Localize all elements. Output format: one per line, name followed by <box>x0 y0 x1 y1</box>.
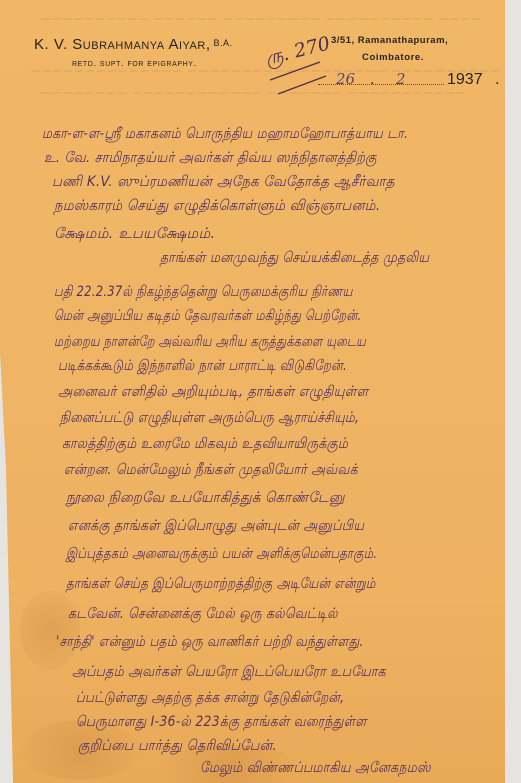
letter-line: பணி K.V. ஸுப்ரமணியன் அநேக வேதோக்த ஆசீர்வ… <box>52 174 395 192</box>
letterhead-degree: B.A. <box>213 38 232 48</box>
reference-underline-strokes <box>268 60 328 96</box>
letter-line: பதி 22.2.37ல் நிகழ்ந்ததென்று பெருமைக்குர… <box>54 284 353 302</box>
letter-line: காலத்திற்கும் உரைமே மிகவும் உதவியாயிருக்… <box>62 436 348 454</box>
letter-line: அப்பதம் அவர்கள் பெயரோ இடப்பெயரோ உபயோக <box>72 664 386 682</box>
letterhead-address-line1: 3/51, Ramanathapuram, <box>331 35 448 46</box>
letter-line: ப்பட்டுள்ளது அதற்கு தக்க சான்று தேடுகின்… <box>76 690 344 708</box>
letter-line: பெருமாளது I-36-ல் 223க்கு தாங்கள் வரைந்த… <box>76 714 367 732</box>
letter-line: மற்றைய நாளன்றே அவ்வரிய அரிய கருத்துக்களை… <box>54 334 366 352</box>
letter-line: மென் அனுப்பிய கடிதம் தேவரவர்கள் மகிழ்ந்த… <box>54 308 361 326</box>
letter-line: உ. வே. சாமிநாதய்யர் அவர்கள் திவ்ய ஸந்நித… <box>44 150 377 168</box>
letter-line: இப்புத்தகம் அனைவருக்கும் பயன் அளிக்குமென… <box>66 546 377 564</box>
letterhead-title: Retd. Supt. for Epigraphy. <box>72 58 197 69</box>
letter-line: அனைவர் எளிதில் அறியும்படி, தாங்கள் எழுதி… <box>58 384 368 402</box>
date-day: 26 <box>336 70 355 88</box>
letter-line: க்ஷேமம். உபயக்ஷேமம். <box>54 226 215 244</box>
letter-line: 'சாந்தி' என்னும் பதம் ஒரு வாணிகர் பற்றி … <box>56 634 364 652</box>
letter-line: எனக்கு தாங்கள் இப்பொழுது அன்புடன் அனுப்ப… <box>68 518 364 536</box>
letter-line: தாங்கள் மனமுவந்து செய்யக்கிடைத்த முதலிய <box>160 250 429 268</box>
date-month: 2 <box>396 70 406 88</box>
date-trailing-dot: . <box>495 72 499 88</box>
paper-stain <box>20 590 80 670</box>
letterhead-address-line2: Coimbatore. <box>362 52 424 63</box>
letter-line: என்றன. மென்மேலும் நீங்கள் முதலியோர் அவ்வ… <box>64 462 358 480</box>
letter-line: நூலை நிறைவே உபயோகித்துக் கொண்டேனு <box>66 490 345 508</box>
letter-line: குறிப்பை பார்த்து தெரிவிப்பேன். <box>78 738 277 756</box>
ink-bleed-through: ~~~~ ~~~~~~~~~~ ~~~~~~~~~ ~~~~~~ ~~~~~~~… <box>40 12 481 27</box>
letter-line: நினைப்பட்டு எழுதியுள்ள அரும்பெரு ஆராய்ச்… <box>60 410 359 428</box>
letter-line: கடவேன். சென்னைக்கு மேல் ஒரு கல்வெட்டில் <box>68 606 338 624</box>
letter-line: தாங்கள் செய்த இப்பெருமாற்றத்திற்கு அடியே… <box>66 576 376 594</box>
letter-line: நமஸ்காரம் செய்து எழுதிக்கொள்ளும் விஞ்ஞாப… <box>54 198 380 216</box>
date-year: 1937 <box>447 71 483 89</box>
letter-line: மேலும் விண்ணப்பமாகிய அனேகநமஸ் <box>200 760 431 778</box>
letterhead-name-text: K. V. Subrahmanya Aiyar, <box>34 36 210 53</box>
letter-line: மகா-ள-ள-ஸ்ரீ மகாகனம் பொருந்திய மஹாமஹோபாத… <box>42 126 408 144</box>
letter-line: படிக்கக்கூடும் இந்நாளில் நான் பாராட்டி வ… <box>58 358 347 376</box>
letterhead-name: K. V. Subrahmanya Aiyar,B.A. <box>34 36 233 53</box>
letter-paper: ~~~~ ~~~~~~~~~~ ~~~~~~~~~ ~~~~~~ ~~~~~~~… <box>0 0 505 783</box>
date-separator: . <box>370 72 374 88</box>
ink-bleed-through: ~~~~~~~~~~~ ~~~~~~~ ~~~~~~~~~~~~ ~~~~~~~… <box>40 86 466 101</box>
